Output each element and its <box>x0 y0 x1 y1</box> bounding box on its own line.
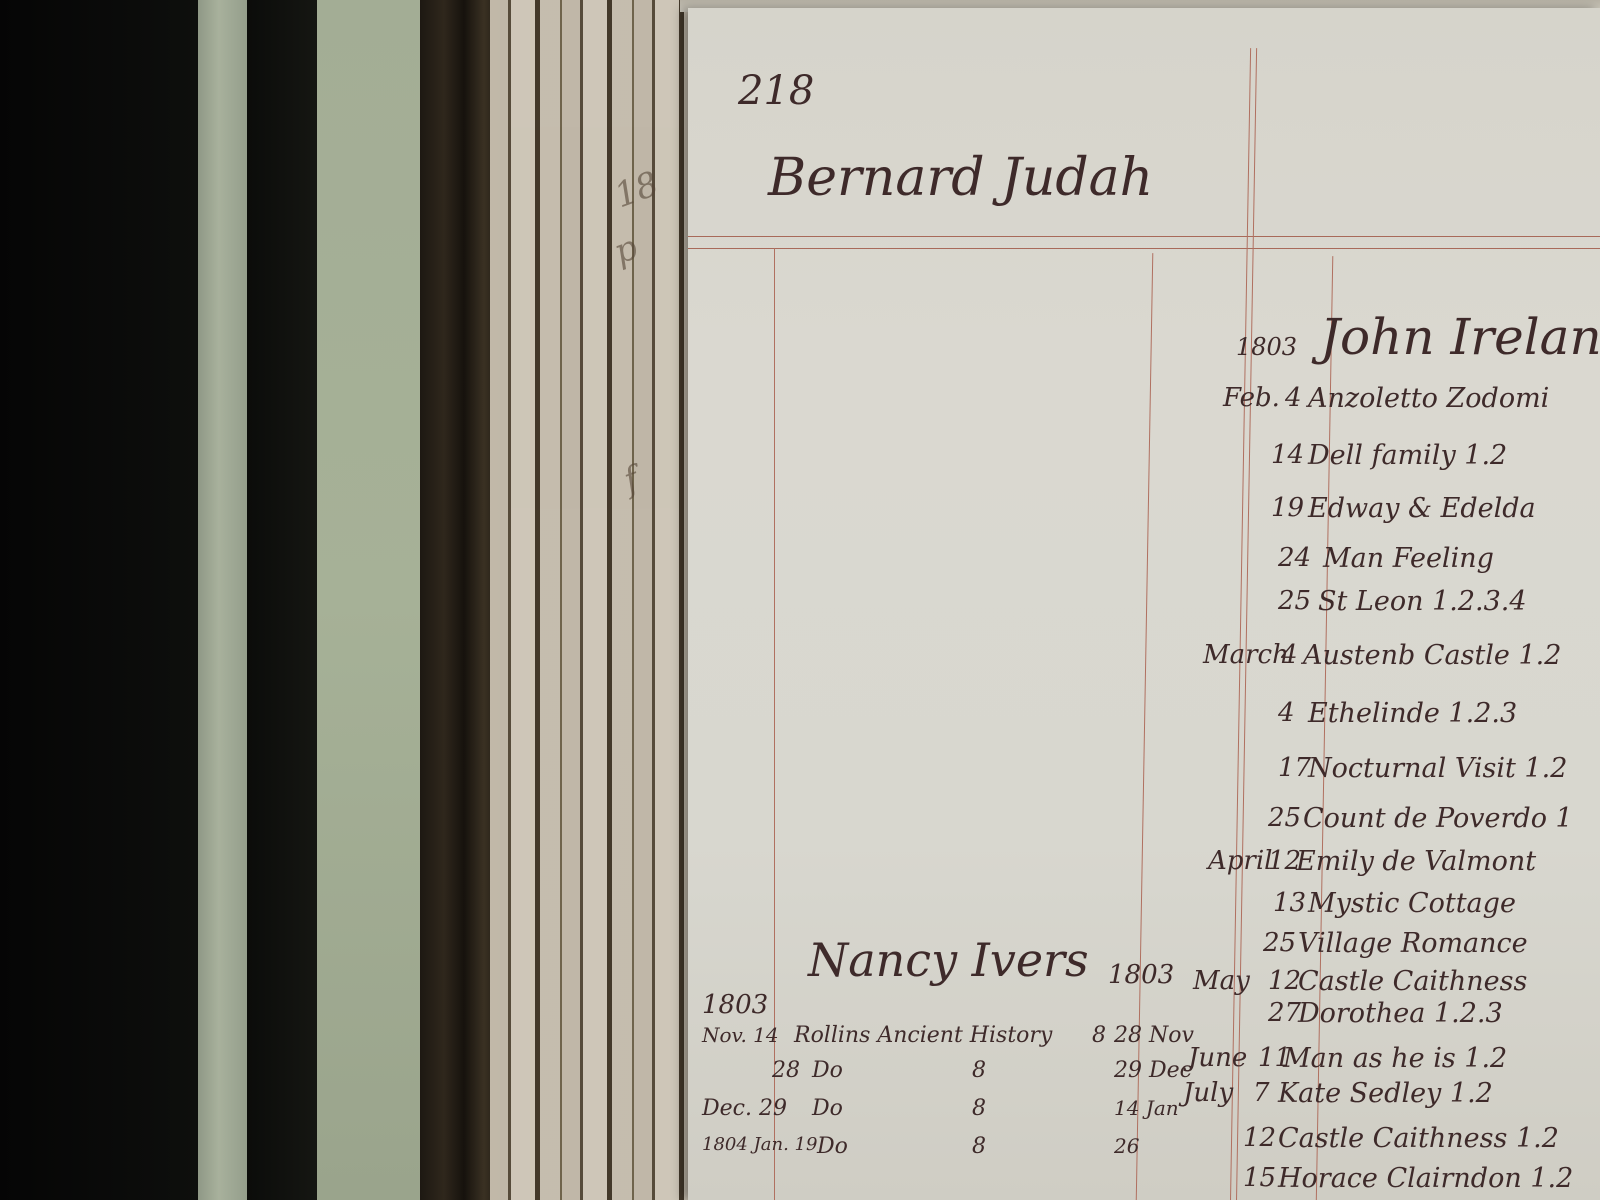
entry-day: 4 <box>1285 383 1302 413</box>
entry-title: Count de Poverdo 1 <box>1303 803 1573 834</box>
entry-day: 14 <box>1271 440 1304 470</box>
entry-title: Do <box>817 1134 848 1159</box>
page-number: 218 <box>738 68 814 114</box>
entry-day: 13 <box>1273 888 1306 918</box>
entry-title: Ethelinde 1.2.3 <box>1308 698 1517 729</box>
faint-handwriting: 18 <box>609 164 663 216</box>
column-rule <box>1230 48 1251 1200</box>
entry-month: July <box>1183 1078 1233 1108</box>
entry-title: Man as he is 1.2 <box>1283 1043 1507 1074</box>
entry-day: 25 <box>1268 803 1301 833</box>
left-account-right-year: 1803 <box>1108 960 1174 990</box>
entry-title: Do <box>812 1058 843 1083</box>
entry-title: Castle Caithness 1.2 <box>1278 1123 1559 1154</box>
left-account-name: Nancy Ivers <box>808 933 1089 987</box>
dark-frame-strip <box>247 0 317 1200</box>
entry-month: March <box>1203 640 1289 670</box>
entry-title: Emily de Valmont <box>1296 846 1536 877</box>
entry-title: Kate Sedley 1.2 <box>1278 1078 1493 1109</box>
entry-day: 12 <box>1268 966 1301 996</box>
entry-title: St Leon 1.2.3.4 <box>1318 586 1527 617</box>
entry-day: 25 <box>1263 928 1296 958</box>
entry-month: Feb. <box>1223 383 1280 413</box>
entry-month: May <box>1193 966 1250 996</box>
right-account-year: 1803 <box>1236 333 1297 361</box>
green-wall <box>317 0 427 1200</box>
entry-returned: 26 <box>1114 1134 1139 1158</box>
entry-month: June <box>1188 1043 1247 1073</box>
entry-volumes: 8 <box>972 1134 986 1159</box>
entry-volumes: 8 <box>1092 1023 1106 1048</box>
book-spine <box>420 0 500 1200</box>
entry-title: Man Feeling <box>1323 543 1494 574</box>
entry-volumes: 8 <box>972 1058 986 1083</box>
entry-title: Dell family 1.2 <box>1308 440 1507 471</box>
faint-handwriting: f <box>619 459 645 501</box>
entry-title: Mystic Cottage <box>1308 888 1516 919</box>
entry-day: 19 <box>1271 493 1304 523</box>
entry-title: Anzoletto Zodomi <box>1308 383 1549 414</box>
entry-title: Horace Clairndon 1.2 <box>1278 1163 1573 1194</box>
entry-day: 4 <box>1281 640 1298 670</box>
entry-title: Austenb Castle 1.2 <box>1303 640 1561 671</box>
stacked-page-edges: 18 p f <box>490 0 700 1200</box>
entry-title: Do <box>812 1096 843 1121</box>
entry-date: 1804 Jan. 19 <box>702 1134 817 1155</box>
entry-day: 25 <box>1278 586 1311 616</box>
entry-date: Nov. 14 <box>702 1023 779 1047</box>
header-rule <box>688 236 1600 237</box>
entry-title: Dorothea 1.2.3 <box>1298 998 1503 1029</box>
entry-title: Nocturnal Visit 1.2 <box>1308 753 1567 784</box>
entry-day: 12 <box>1243 1123 1276 1153</box>
right-account-name: John Ireland <box>1320 308 1600 366</box>
faint-handwriting: p <box>609 227 643 272</box>
entry-title: Village Romance <box>1298 928 1528 959</box>
entry-date: Dec. 29 <box>702 1096 787 1121</box>
entry-returned: 14 Jan <box>1114 1096 1179 1120</box>
entry-title: Edway & Edelda <box>1308 493 1536 524</box>
ledger-page: 218 Bernard Judah Nancy Ivers 1803 1803 … <box>688 8 1600 1200</box>
entry-day: 27 <box>1268 998 1301 1028</box>
header-rule <box>688 248 1600 249</box>
entry-volumes: 8 <box>972 1096 986 1121</box>
entry-day: 7 <box>1253 1078 1270 1108</box>
account-holder-name: Bernard Judah <box>768 148 1153 208</box>
left-account-year: 1803 <box>702 990 768 1020</box>
entry-day: 17 <box>1278 753 1311 783</box>
entry-returned: 28 Nov <box>1114 1023 1194 1048</box>
entry-month: April <box>1208 846 1272 876</box>
entry-day: 4 <box>1278 698 1295 728</box>
entry-returned: 29 Dec <box>1114 1058 1192 1083</box>
entry-title: Castle Caithness <box>1298 966 1527 997</box>
entry-day: 24 <box>1278 543 1311 573</box>
dark-background <box>0 0 200 1200</box>
entry-title: Rollins Ancient History <box>794 1023 1052 1048</box>
entry-date: 28 <box>772 1058 800 1083</box>
entry-day: 15 <box>1243 1163 1276 1193</box>
light-frame-strip <box>198 0 250 1200</box>
